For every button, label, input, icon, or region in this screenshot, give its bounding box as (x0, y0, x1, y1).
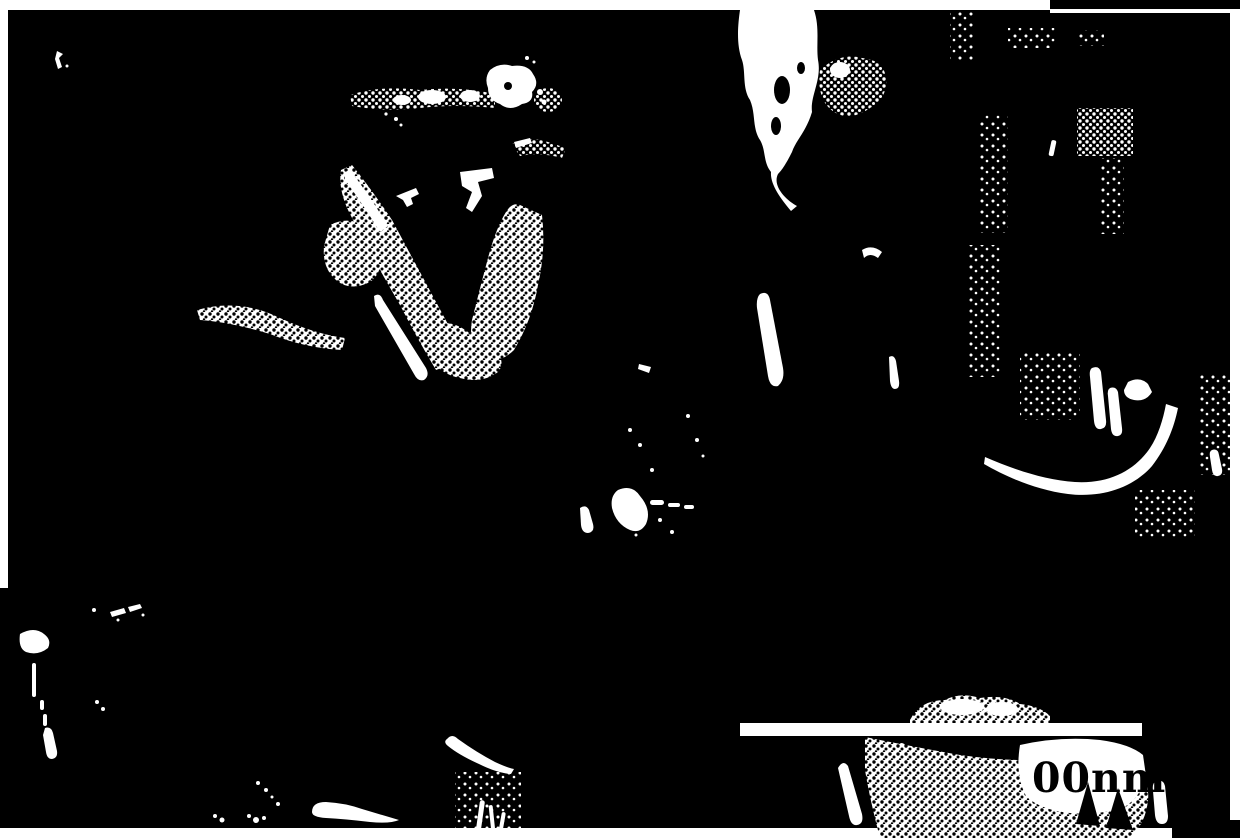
micrograph-page: 00nm (0, 0, 1240, 838)
scale-bar-label: 00nm (1032, 754, 1166, 802)
sem-micrograph: 00nm (0, 0, 1240, 838)
scan-artifact-bottomright (1172, 820, 1240, 838)
scan-artifact-topright (1050, 0, 1240, 9)
scale-bar (740, 723, 1142, 736)
